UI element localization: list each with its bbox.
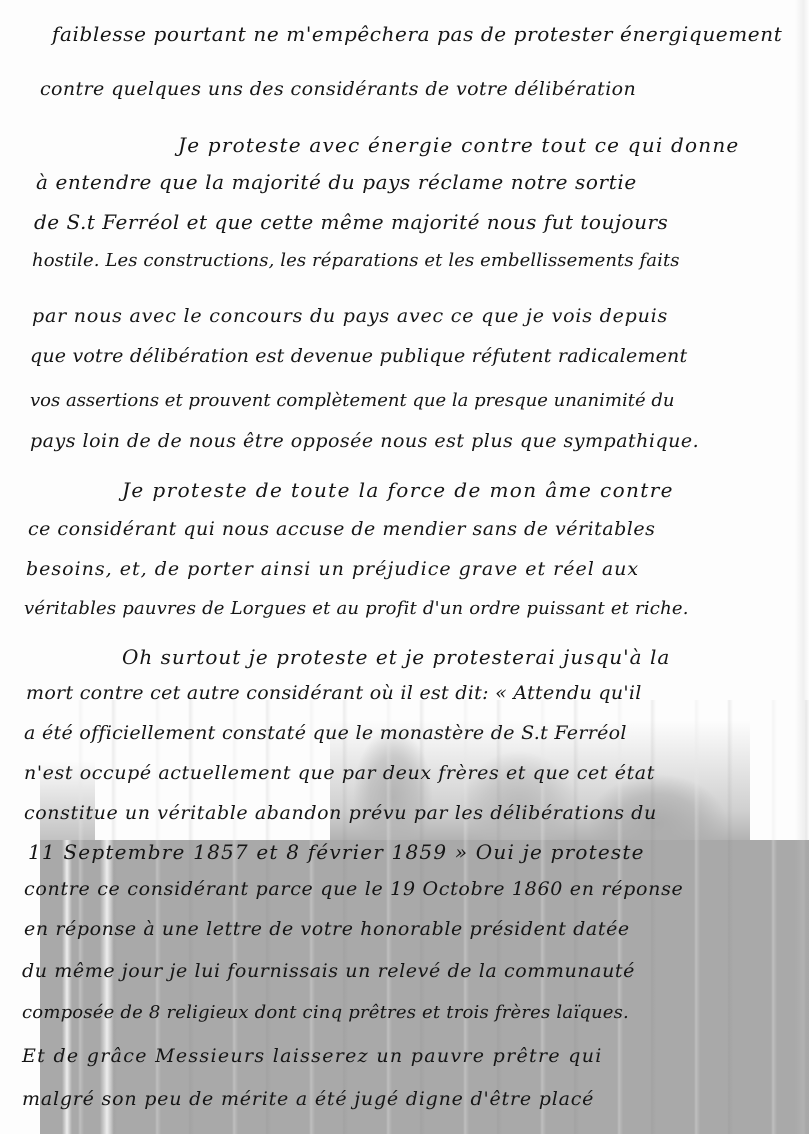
text-line: du même jour je lui fournissais un relev… [22,960,635,982]
text-line: composée de 8 religieux dont cinq prêtre… [22,1002,629,1023]
text-line: mort contre cet autre considérant où il … [26,682,642,704]
handwritten-text: faiblesse pourtant ne m'empêchera pas de… [0,0,809,1134]
text-line: Je proteste avec énergie contre tout ce … [178,133,739,157]
text-line: Et de grâce Messieurs laisserez un pauvr… [22,1045,603,1067]
text-line: faiblesse pourtant ne m'empêchera pas de… [52,22,782,46]
document-page: faiblesse pourtant ne m'empêchera pas de… [0,0,809,1134]
text-line: Oh surtout je proteste et je protesterai… [122,645,670,669]
text-line: 11 Septembre 1857 et 8 février 1859 » Ou… [28,840,645,864]
text-line: besoins, et, de porter ainsi un préjudic… [26,558,639,580]
text-line: que votre délibération est devenue publi… [30,345,687,367]
text-line: pays loin de de nous être opposée nous e… [30,430,699,452]
text-line: ce considérant qui nous accuse de mendie… [28,518,655,540]
text-line: en réponse à une lettre de votre honorab… [24,918,630,940]
text-line: a été officiellement constaté que le mon… [24,722,627,744]
text-line: vos assertions et prouvent complètement … [30,390,674,411]
text-line: Je proteste de toute la force de mon âme… [122,478,674,502]
text-line: véritables pauvres de Lorgues et au prof… [24,598,689,619]
text-line: malgré son peu de mérite a été jugé dign… [22,1088,594,1110]
text-line: n'est occupé actuellement que par deux f… [24,762,655,784]
text-line: par nous avec le concours du pays avec c… [32,305,668,327]
text-line: contre quelques uns des considérants de … [40,78,636,100]
text-line: à entendre que la majorité du pays récla… [36,170,637,194]
text-line: de S.t Ferréol et que cette même majorit… [34,210,668,234]
text-line: contre ce considérant parce que le 19 Oc… [24,878,683,900]
text-line: constitue un véritable abandon prévu par… [24,802,657,824]
text-line: hostile. Les constructions, les réparati… [32,250,680,271]
